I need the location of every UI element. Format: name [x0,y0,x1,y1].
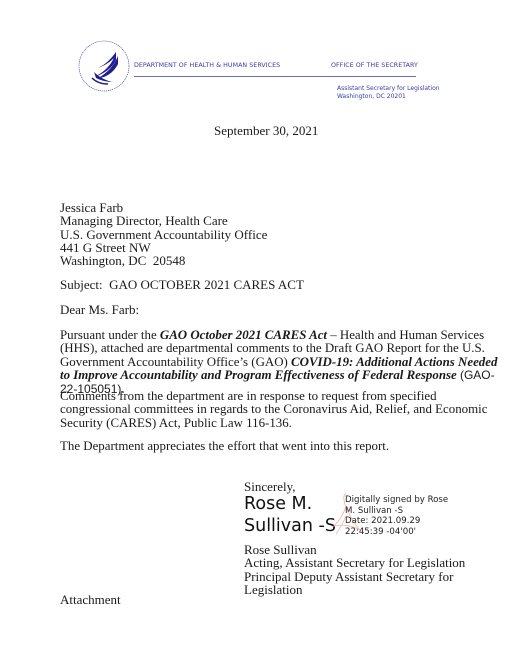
p1-act-name: GAO October 2021 CARES Act [160,328,327,342]
recipient-organization: U.S. Government Accountability Office [60,228,267,241]
signer-title-1: Acting, Assistant Secretary for Legislat… [244,556,465,569]
letterhead-sub-office: Assistant Secretary for Legislation Wash… [337,85,440,101]
letter-date: September 30, 2021 [214,124,318,137]
signature-name: Rose M. Sullivan -S [244,493,336,537]
digital-sig-line2: M. Sullivan -S [345,506,448,517]
letterhead-divider [134,76,416,77]
digital-sig-line4: 22:45:39 -04'00' [345,527,448,538]
recipient-address: Jessica Farb Managing Director, Health C… [60,201,267,267]
closing: Sincerely, [244,480,296,493]
salutation: Dear Ms. Farb: [60,303,139,316]
recipient-name: Jessica Farb [60,201,267,214]
recipient-title: Managing Director, Health Care [60,214,267,227]
digital-sig-line3: Date: 2021.09.29 [345,516,448,527]
department-name: DEPARTMENT OF HEALTH & HUMAN SERVICES [134,62,280,69]
hhs-eagle-seal-icon [76,38,132,94]
recipient-city: Washington, DC 20548 [60,254,267,267]
p1-text-1: Pursuant under the [60,328,160,342]
signature-name-line1: Rose M. [244,493,336,515]
sub-office-line1: Assistant Secretary for Legislation [337,85,440,93]
attachment-label: Attachment [60,593,121,606]
recipient-street: 441 G Street NW [60,241,267,254]
digital-signature-info: Digitally signed by Rose M. Sullivan -S … [345,495,448,537]
signature-name-line2: Sullivan -S [244,515,336,537]
paragraph-2: Comments from the department are in resp… [60,390,510,430]
office-name: OFFICE OF THE SECRETARY [331,62,418,69]
signer-name: Rose Sullivan [244,543,465,556]
signer-block: Rose Sullivan Acting, Assistant Secretar… [244,543,465,596]
subject-line: Subject: GAO OCTOBER 2021 CARES ACT [60,278,304,291]
digital-sig-line1: Digitally signed by Rose [345,495,448,506]
paragraph-3: The Department appreciates the effort th… [60,440,510,453]
paragraph-1: Pursuant under the GAO October 2021 CARE… [60,329,510,396]
signer-title-2: Principal Deputy Assistant Secretary for [244,570,465,583]
signer-title-3: Legislation [244,583,465,596]
sub-office-line2: Washington, DC 20201 [337,93,440,101]
